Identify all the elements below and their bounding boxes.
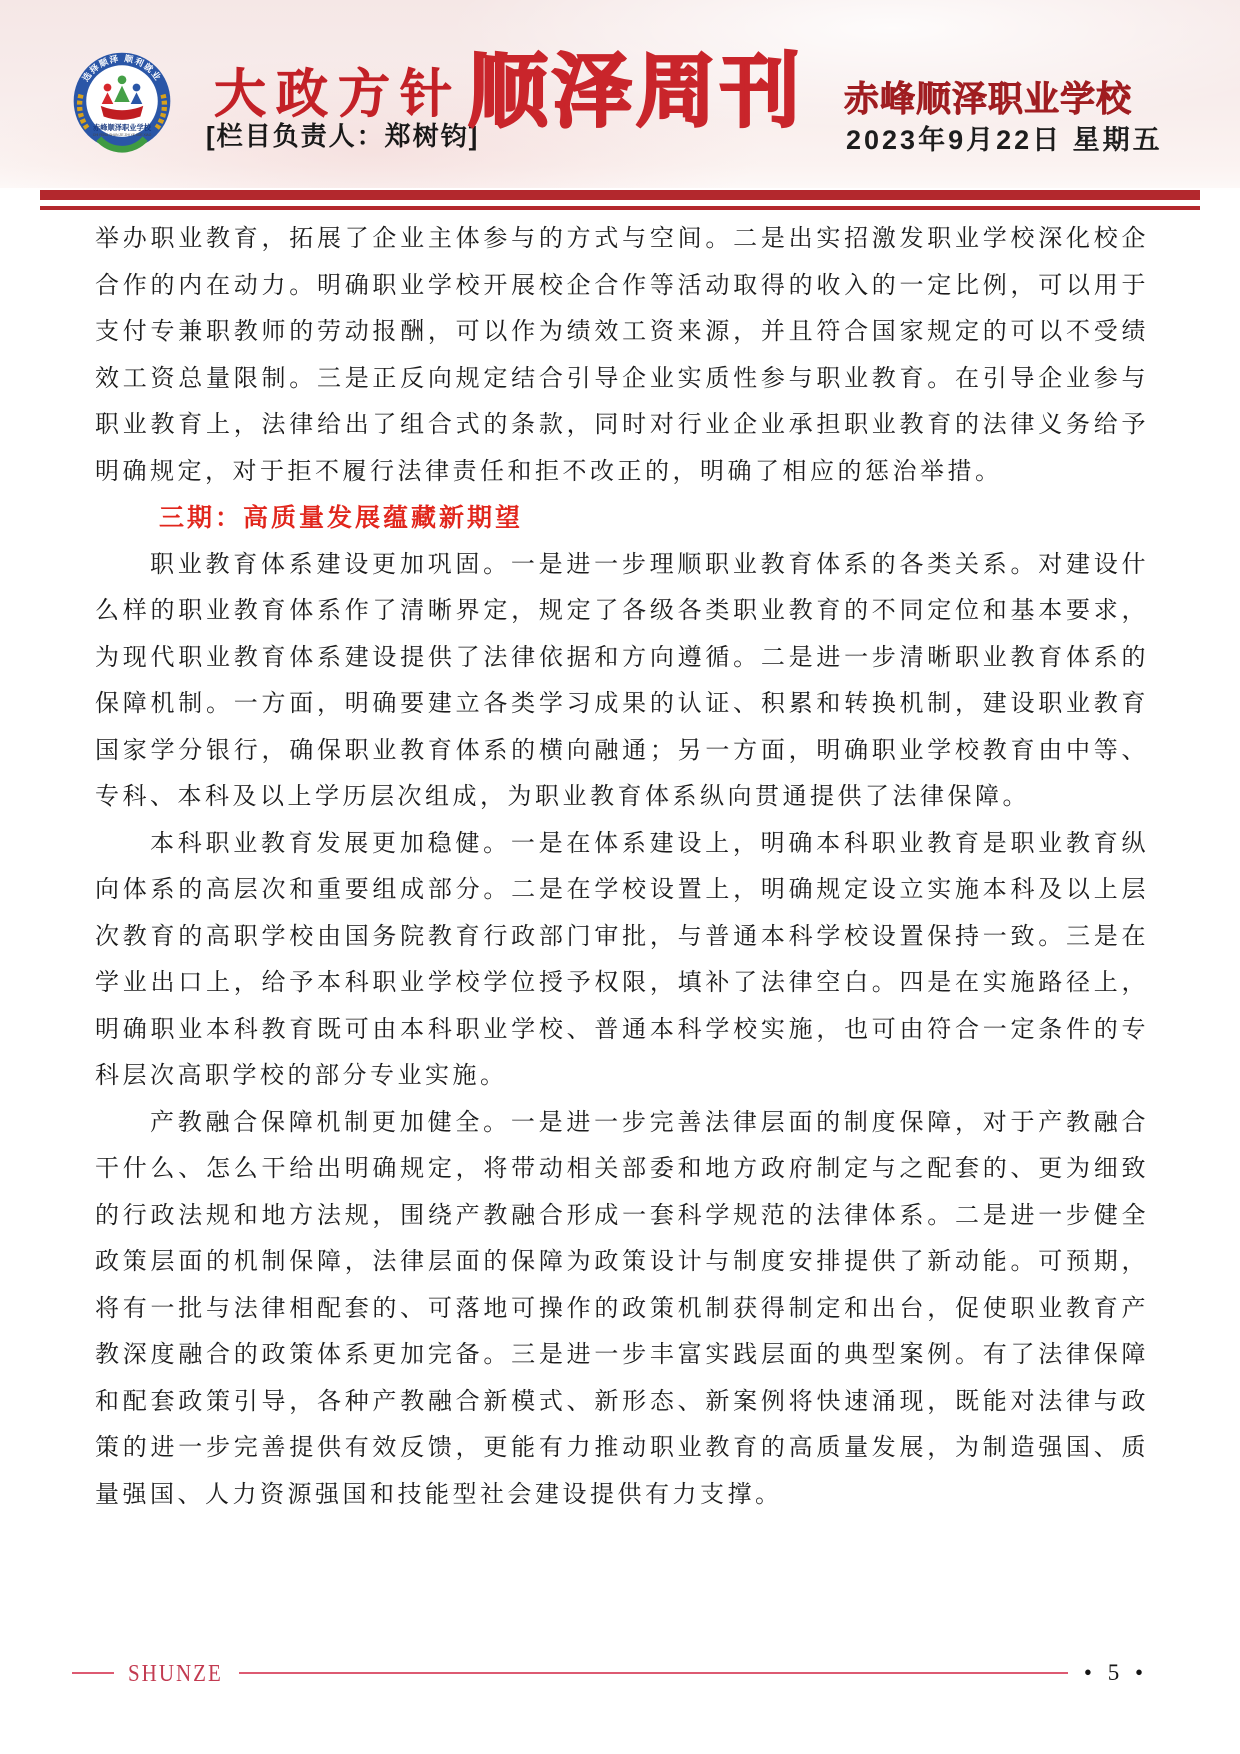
divider-rule-thick [40, 190, 1200, 200]
article-paragraph: 职业教育体系建设更加巩固。一是进一步理顺职业教育体系的各类关系。对建设什么样的职… [95, 542, 1149, 821]
article-paragraph: 本科职业教育发展更加稳健。一是在体系建设上，明确本科职业教育是职业教育纵向体系的… [95, 821, 1149, 1100]
article-paragraph: 举办职业教育，拓展了企业主体参与的方式与空间。二是出实招激发职业学校深化校企合作… [95, 216, 1149, 495]
page-number: • 5 • [1084, 1660, 1148, 1686]
column-manager: [栏目负责人：郑树钧] [206, 116, 479, 153]
footer-rule-short [72, 1672, 114, 1674]
school-name: 赤峰顺泽职业学校 [844, 72, 1132, 122]
date-line: 2023年9月22日 星期五 [846, 118, 1163, 157]
school-logo-icon: 选择顺泽 顺利就业 赤峰顺泽职业学校 CHI FENG SHUN ZE ZHI … [64, 42, 180, 164]
page-footer: SHUNZE • 5 • [72, 1660, 1148, 1686]
logo-school-pinyin: CHI FENG SHUN ZE ZHI YE XUE XIAO [93, 133, 152, 137]
divider-rule-thin [40, 206, 1200, 210]
article-body: 举办职业教育，拓展了企业主体参与的方式与空间。二是出实招激发职业学校深化校企合作… [95, 216, 1149, 1518]
section-heading: 三期：高质量发展蕴藏新期望 [95, 495, 1149, 542]
footer-brand: SHUNZE [128, 1659, 223, 1688]
newspaper-page: 选择顺泽 顺利就业 赤峰顺泽职业学校 CHI FENG SHUN ZE ZHI … [0, 0, 1240, 1754]
logo-school-name: 赤峰顺泽职业学校 [93, 123, 152, 132]
footer-rule-long [239, 1672, 1068, 1674]
masthead-band: 选择顺泽 顺利就业 赤峰顺泽职业学校 CHI FENG SHUN ZE ZHI … [0, 0, 1240, 188]
school-logo: 选择顺泽 顺利就业 赤峰顺泽职业学校 CHI FENG SHUN ZE ZHI … [64, 42, 180, 164]
article-paragraph: 产教融合保障机制更加健全。一是进一步完善法律层面的制度保障，对于产教融合干什么、… [95, 1100, 1149, 1519]
masthead-title: 顺泽周刊 [468, 52, 804, 132]
